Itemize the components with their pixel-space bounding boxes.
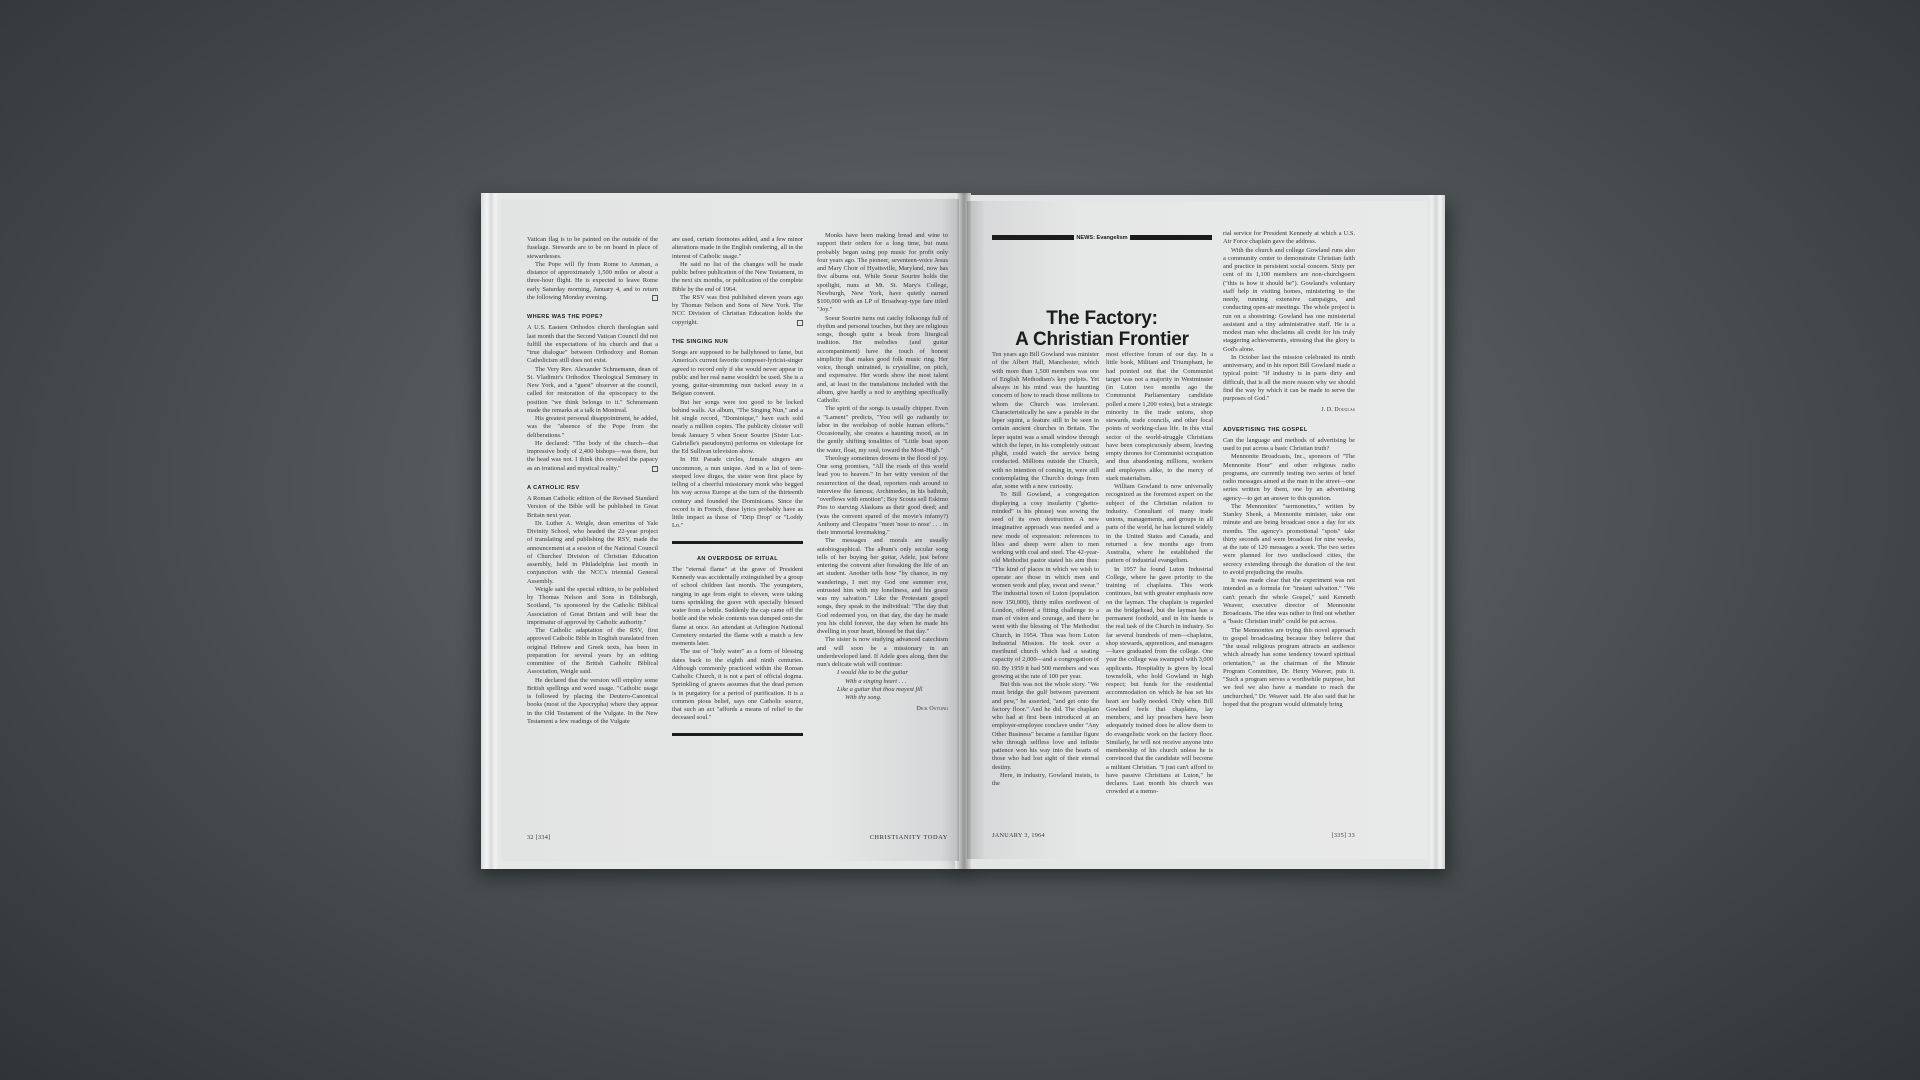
section-heading: AN OVERDOSE OF RITUAL xyxy=(672,555,803,563)
section-divider xyxy=(672,541,803,544)
section-heading: A CATHOLIC RSV xyxy=(527,484,658,492)
verse-line: I would like to be the guitar xyxy=(817,669,948,677)
paragraph: The Pope will fly from Rome to Amman, a … xyxy=(527,261,658,302)
paragraph: Here, in industry, Gowland insists, is t… xyxy=(992,772,1099,789)
paragraph: Can the language and methods of advertis… xyxy=(1223,437,1355,454)
paragraph: The use of "holy water" as a form of ble… xyxy=(672,648,803,722)
paragraph: Soeur Sourire turns out catchy folksongs… xyxy=(817,315,948,406)
paragraph: It was made clear that the experiment wa… xyxy=(1223,577,1355,627)
article-title: The Factory: A Christian Frontier xyxy=(992,308,1212,350)
paragraph: But this was not the whole story. "We mu… xyxy=(992,681,1099,772)
gutter-shadow xyxy=(957,193,971,869)
section-heading: ADVERTISING THE GOSPEL xyxy=(1223,426,1355,434)
paragraph: Theology sometimes drowns in the flood o… xyxy=(817,455,948,538)
paragraph: Ten years ago Bill Gowland was minister … xyxy=(992,351,1099,491)
paragraph: Dr. Luther A. Weigle, dean emeritus of Y… xyxy=(527,520,658,586)
page-number: 32 [334] xyxy=(527,834,551,841)
paragraph: A Roman Catholic edition of the Revised … xyxy=(527,495,658,520)
end-mark-icon xyxy=(797,320,803,326)
paragraph: But her songs were too good to be locked… xyxy=(672,399,803,457)
left-column-3: Monks have been making bread and wine to… xyxy=(817,232,948,714)
paragraph: Monks have been making bread and wine to… xyxy=(817,232,948,315)
page-number: [335] 33 xyxy=(1223,832,1355,839)
title-line: A Christian Frontier xyxy=(992,329,1212,350)
paragraph: In Hit Parade circles, female singers ar… xyxy=(672,456,803,530)
paragraph: He said no list of the changes will be m… xyxy=(672,261,803,294)
paragraph: In 1957 he found Luton Industrial Colleg… xyxy=(1106,566,1213,797)
paragraph: His greatest personal disappointment, he… xyxy=(527,415,658,440)
paragraph: Vatican flag is to be painted on the out… xyxy=(527,236,658,261)
paragraph: Weigle said the special edition, to be p… xyxy=(527,586,658,627)
section-heading: THE SINGING NUN xyxy=(672,338,803,346)
paragraph: The Very Rev. Alexander Schmemann, dean … xyxy=(527,366,658,416)
paragraph: He declared that the version will employ… xyxy=(527,677,658,727)
magazine-name: CHRISTIANITY TODAY xyxy=(817,834,948,841)
paragraph: A U.S. Eastern Orthodox church theologia… xyxy=(527,324,658,365)
verse-line: With thy song. xyxy=(817,694,948,702)
paragraph: The messages and morals are usually auto… xyxy=(817,537,948,636)
issue-date: JANUARY 3, 1964 xyxy=(992,832,1045,839)
left-column-1: Vatican flag is to be painted on the out… xyxy=(527,236,658,726)
right-column-3: rial service for President Kennedy at wh… xyxy=(1223,230,1355,709)
verse-line: With a singing heart . . . xyxy=(817,678,948,686)
paragraph: To Bill Gowland, a congregation displayi… xyxy=(992,491,1099,681)
right-column-1: Ten years ago Bill Gowland was minister … xyxy=(992,351,1099,788)
section-banner: NEWS: Evangelism xyxy=(992,234,1212,241)
banner-bar xyxy=(1130,235,1212,240)
verse-line: Like a guitar that thou mayest fill xyxy=(817,686,948,694)
magazine-spread: Vatican flag is to be painted on the out… xyxy=(481,193,1445,869)
paragraph: The "eternal flame" at the grave of Pres… xyxy=(672,566,803,649)
left-page: Vatican flag is to be painted on the out… xyxy=(501,199,959,861)
right-page: NEWS: Evangelism The Factory: A Christia… xyxy=(967,201,1427,859)
paragraph: In October last the mission celebrated i… xyxy=(1223,354,1355,404)
paragraph: William Gowland is now universally recog… xyxy=(1106,483,1213,566)
section-heading: WHERE WAS THE POPE? xyxy=(527,313,658,321)
paragraph: The RSV was first published eleven years… xyxy=(672,294,803,327)
end-mark-icon xyxy=(652,295,658,301)
title-line: The Factory: xyxy=(992,308,1212,329)
paragraph: The sister is now studying advanced cate… xyxy=(817,636,948,669)
paragraph: The Mennonites are trying this novel app… xyxy=(1223,627,1355,710)
byline: J. D. Douglas xyxy=(1223,406,1355,414)
paragraph: rial service for President Kennedy at wh… xyxy=(1223,230,1355,247)
paragraph: are used, certain footnotes added, and a… xyxy=(672,236,803,261)
paragraph: The Catholic adaptation of the RSV, firs… xyxy=(527,627,658,677)
paragraph: With the church and college Gowland runs… xyxy=(1223,247,1355,354)
paragraph: most effective forum of our day. In a li… xyxy=(1106,351,1213,483)
byline: Dick Ostling xyxy=(817,705,948,713)
section-label: NEWS: Evangelism xyxy=(1074,235,1129,241)
right-column-2: most effective forum of our day. In a li… xyxy=(1106,351,1213,797)
paragraph: The spirit of the songs is usually chipp… xyxy=(817,405,948,455)
paragraph: Mennonite Broadcasts, Inc., sponsors of … xyxy=(1223,453,1355,503)
banner-bar xyxy=(992,235,1074,240)
paragraph: The Mennonites' "sermonettes," written b… xyxy=(1223,503,1355,577)
end-mark-icon xyxy=(652,466,658,472)
left-column-2: are used, certain footnotes added, and a… xyxy=(672,236,803,742)
paragraph: He declared: "The body of the church—tha… xyxy=(527,440,658,473)
section-divider xyxy=(672,733,803,736)
paragraph: Songs are supposed to be ballyhooed to f… xyxy=(672,349,803,399)
